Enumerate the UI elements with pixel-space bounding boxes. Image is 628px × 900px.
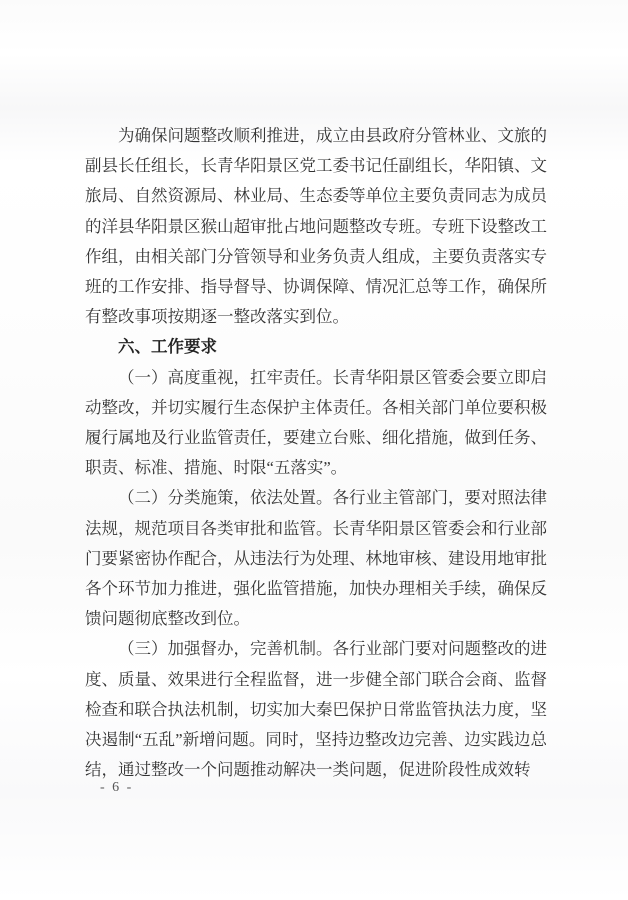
paragraph-item-two: （二）分类施策，依法处置。各行业主管部门，要对照法律法规，规范项目各类审批和监管… [85,483,547,634]
paragraph-item-three: （三）加强督办，完善机制。各行业部门要对问题整改的进度、质量、效果进行全程监督，… [85,634,547,785]
paragraph-work-group: 为确保问题整改顺利推进，成立由县政府分管林业、文旅的副县长任组长，长青华阳景区党… [85,121,547,332]
page-number: - 6 - [100,778,133,798]
document-body: 为确保问题整改顺利推进，成立由县政府分管林业、文旅的副县长任组长，长青华阳景区党… [85,121,547,785]
document-page: 为确保问题整改顺利推进，成立由县政府分管林业、文旅的副县长任组长，长青华阳景区党… [0,0,628,900]
section-heading-work-requirements: 六、工作要求 [85,332,547,362]
paragraph-item-one: （一）高度重视，扛牢责任。长青华阳景区管委会要立即启动整改，并切实履行生态保护主… [85,363,547,484]
